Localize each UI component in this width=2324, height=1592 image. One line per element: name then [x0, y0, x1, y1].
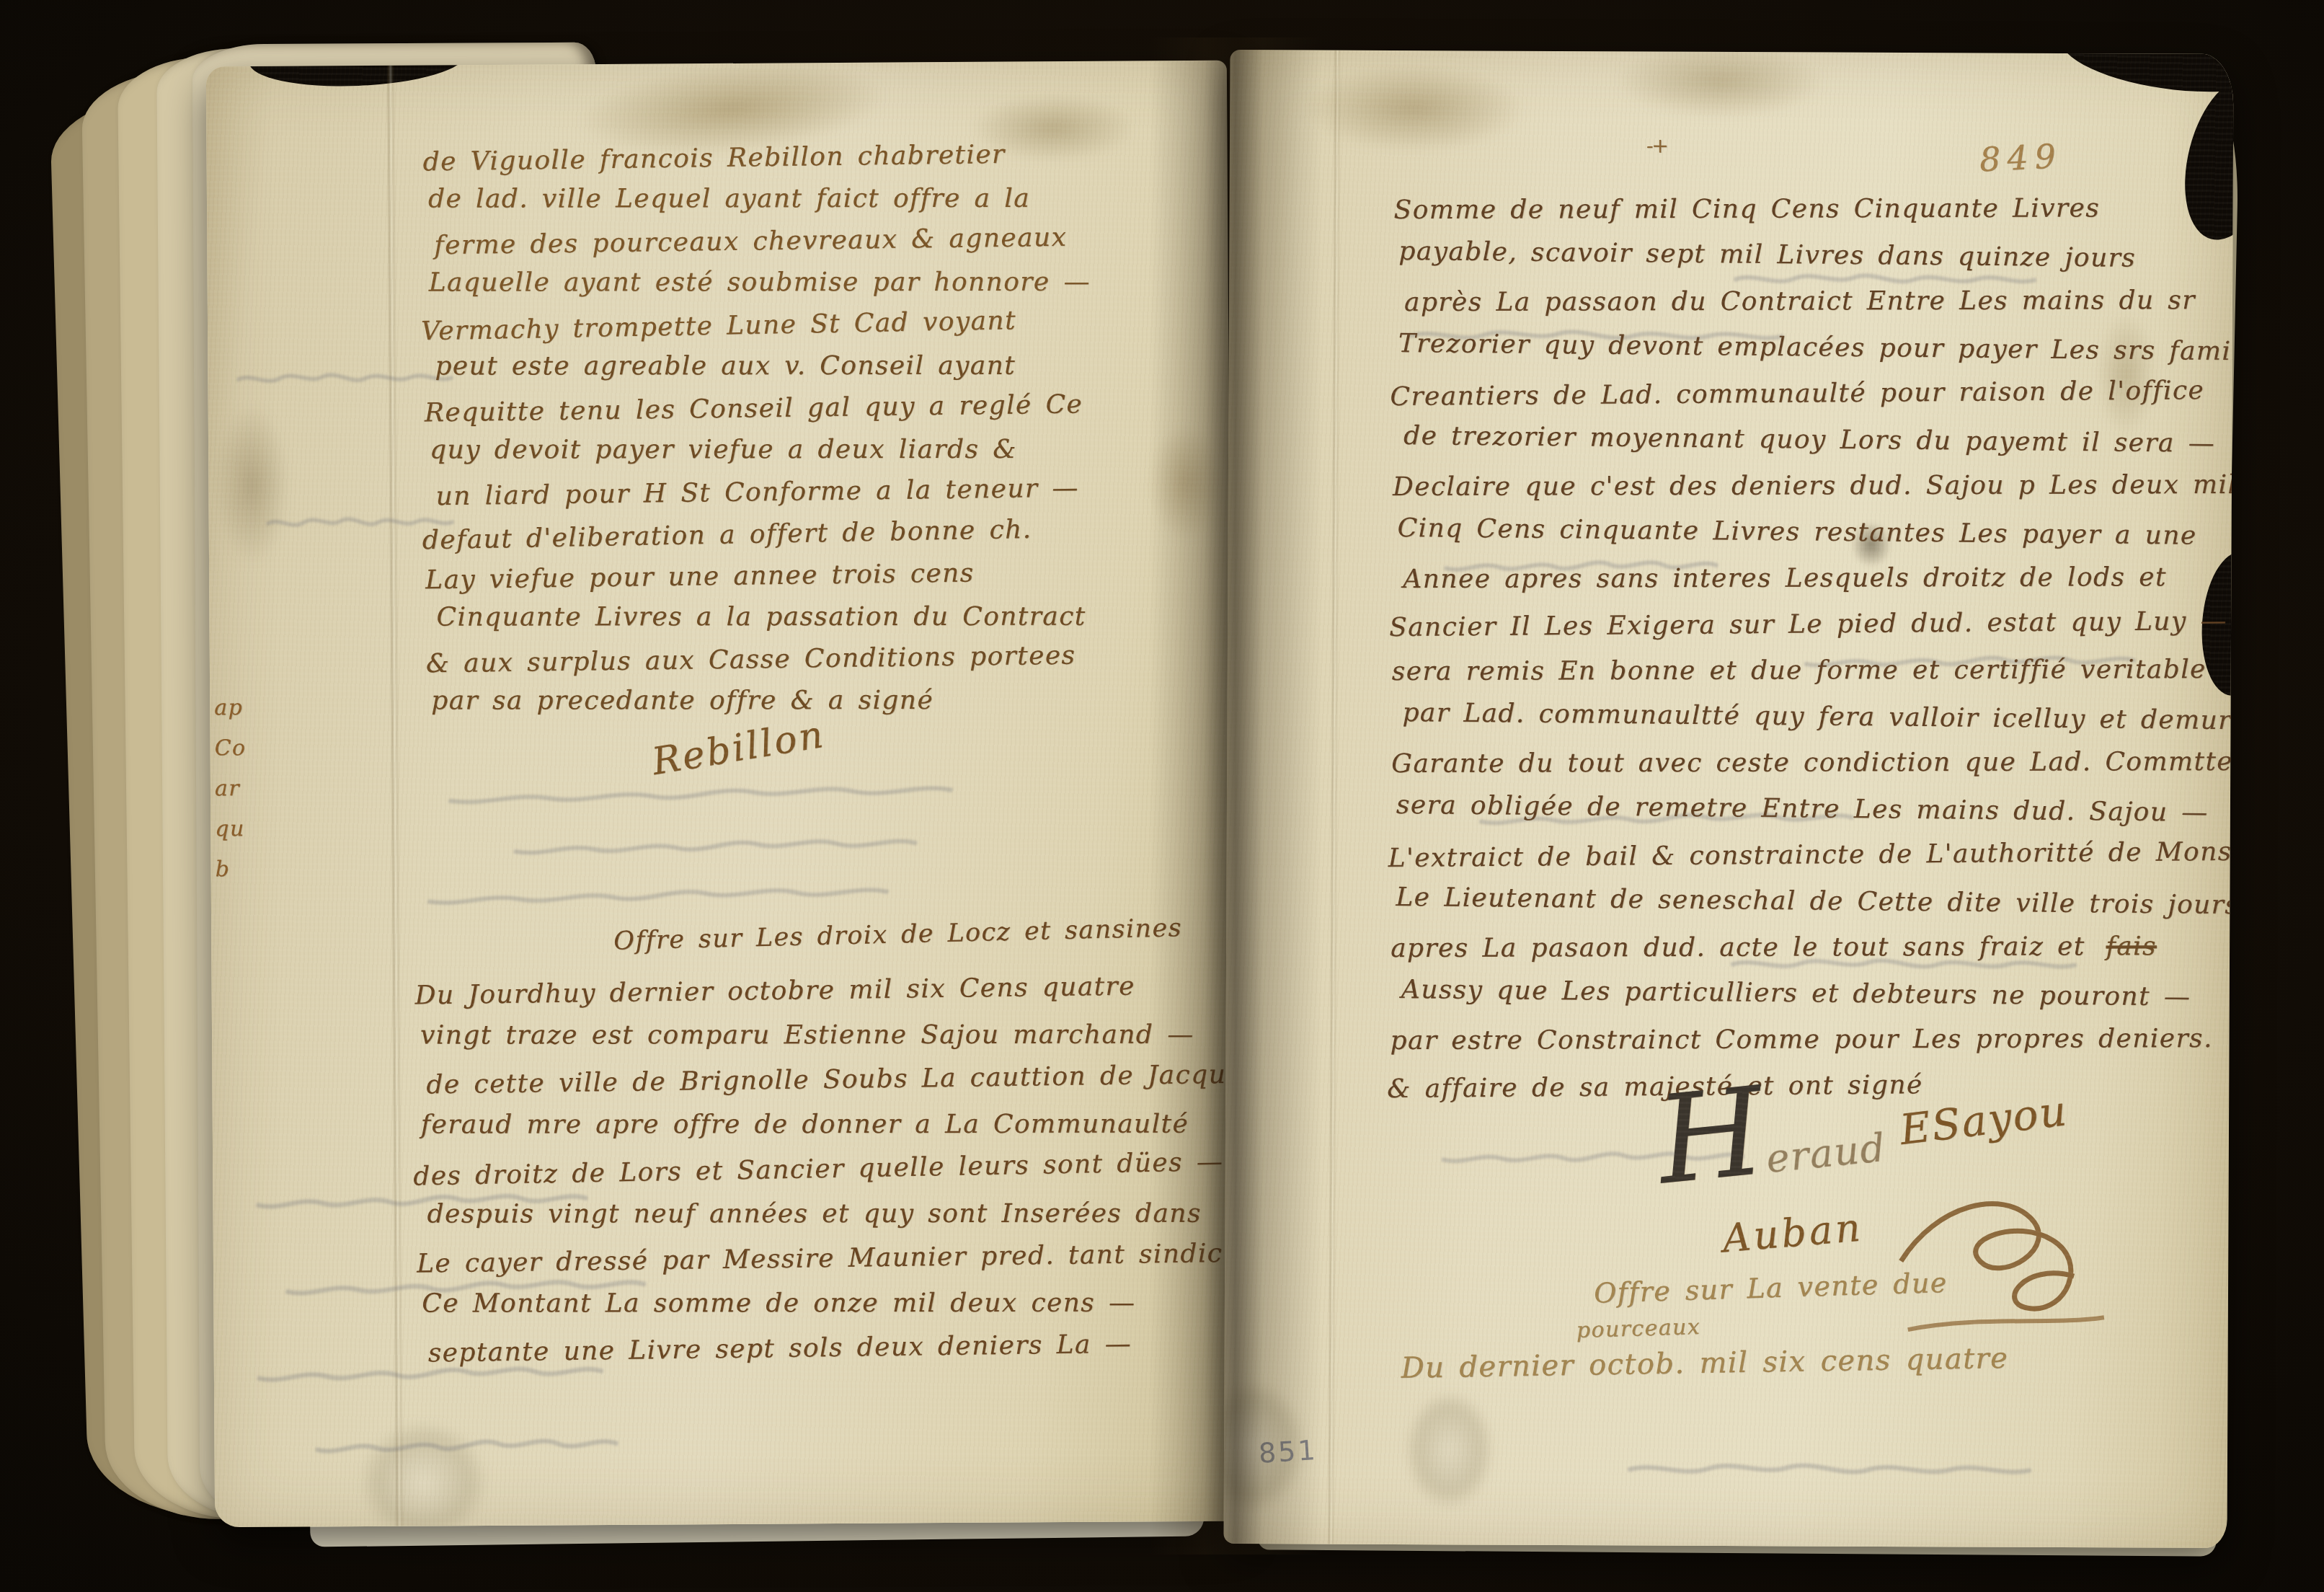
text-line: des droitz de Lors et Sancier quelle leu… [413, 1140, 1231, 1200]
signature-auban: Auban [1721, 1204, 1865, 1261]
text-line: de Viguolle francois Rebillon chabretier [422, 131, 1223, 184]
water-stain [206, 369, 307, 601]
show-through-ghost [427, 880, 889, 911]
photograph-backdrop: ap Co ar qu b de Viguolle francois Rebil… [0, 0, 2324, 1592]
page-fold-crease [386, 66, 404, 1526]
text-line: Garante du tout avec ceste condiction qu… [1391, 739, 2227, 787]
text-line: ferme des pourceaux chevreaux & agneaux [434, 215, 1224, 267]
text-line: quy devoit payer viefue a deux liards & [430, 429, 1225, 472]
text-line: Creantiers de Lad. communaulté pour rais… [1390, 368, 2229, 420]
docket-note-insert: pourceaux [1576, 1314, 1700, 1343]
text-line: de trezorier moyennant quoy Lors du paye… [1403, 413, 2230, 467]
page-fold-crease [1327, 50, 1341, 1544]
left-upper-act-text: de Viguolle francois Rebillon chabretier… [422, 134, 1226, 725]
right-act-text: Somme de neuf mil Cinq Cens Cinquante Li… [1390, 185, 2230, 1111]
water-stain [1404, 1390, 1495, 1510]
text-line: sera remis En bonne et due forme et cert… [1392, 647, 2228, 695]
text-line: Somme de neuf mil Cinq Cens Cinquante Li… [1393, 185, 2230, 234]
right-page: 849 -+ Somme de neuf mil Cinq Cens Cinqu… [1223, 50, 2233, 1548]
text-line: apres La pasaon dud. acte le tout sans f… [1391, 924, 2227, 972]
docket-note-line2: Du dernier octob. mil six cens quatre [1401, 1342, 2008, 1385]
folio-number-pencil: 851 [1258, 1434, 1318, 1469]
show-through-ghost [513, 831, 918, 861]
torn-edge-notch [2055, 50, 2233, 102]
text-line: Le cayer dressé par Messire Maunier pred… [417, 1231, 1232, 1287]
margin-fragment: b [215, 849, 247, 890]
text-line: par estre Constrainct Comme pour Les pro… [1390, 1016, 2226, 1064]
show-through-ghost [315, 1431, 618, 1460]
text-line: Laquelle ayant esté soubmise par honnore… [429, 262, 1224, 304]
left-lower-act-text: Du Jourdhuy dernier octobre mil six Cens… [414, 966, 1231, 1374]
signature-feraud-paraph: Heraud [1654, 1074, 1888, 1193]
text-line-part: apres La pasaon dud. acte le tout sans f… [1391, 932, 2085, 963]
text-line: par Lad. communaultté quy fera valloir i… [1402, 690, 2228, 744]
text-line: Le Lieutenant de seneschal de Cette dite… [1396, 875, 2227, 929]
margin-fragment: ar [215, 769, 247, 809]
folio-number-ink: 849 [1979, 136, 2063, 179]
text-line: après La passaon du Contraict Entre Les … [1404, 278, 2230, 326]
text-line: Requitte tenu les Conseil gal quy a regl… [424, 382, 1225, 435]
text-line: Sancier Il Les Exigera sur Le pied dud. … [1389, 598, 2228, 651]
show-through-ghost [236, 368, 453, 388]
struck-word: fais [2106, 932, 2156, 961]
text-line: par sa precedante offre & a signé [431, 680, 1226, 722]
text-line: L'extraict de bail & constraincte de L'a… [1388, 829, 2227, 882]
text-line: Ce Montant La somme de onze mil deux cen… [422, 1281, 1231, 1327]
water-stain [1259, 50, 1569, 170]
water-stain [1569, 50, 1872, 136]
margin-fragment: Co [214, 728, 246, 769]
show-through-ghost [1628, 1457, 2031, 1480]
water-stain [358, 1420, 489, 1527]
text-line: feraud mre apre offre de donner a La Com… [421, 1102, 1230, 1148]
signature-rebillon: Rebillon [649, 713, 828, 784]
text-line: Declaire que c'est des deniers dud. Sajo… [1393, 462, 2229, 510]
text-line: Aussy que Les particulliers et debteurs … [1401, 967, 2227, 1021]
left-page: ap Co ar qu b de Viguolle francois Rebil… [206, 61, 1236, 1528]
text-line: Trezorier quy devont emplacées pour paye… [1398, 321, 2230, 375]
text-line: Du Jourdhuy dernier octobre mil six Cens… [414, 963, 1230, 1019]
text-line: de cette ville de Brignolle Soubs La cau… [426, 1053, 1230, 1108]
text-line: Cinq Cens cinquante Livres restantes Les… [1397, 505, 2229, 560]
text-line: Vermachy trompette Lune St Cad voyant [421, 296, 1225, 353]
text-line: septante une Livre sept sols deux denier… [427, 1321, 1232, 1376]
text-line: peut este agreable aux v. Conseil ayant [435, 345, 1224, 388]
collation-cross-mark: -+ [1646, 133, 1667, 157]
margin-fragment: ap [214, 688, 246, 728]
margin-note-fragments: ap Co ar qu b [214, 688, 247, 890]
text-line: Annee apres sans interes Lesquels droitz… [1403, 554, 2228, 603]
text-line: de lad. ville Lequel ayant faict offre a… [428, 178, 1223, 221]
text-line: sera obligée de remetre Entre Les mains … [1396, 782, 2228, 836]
text-line: Cinquante Livres a la passation du Contr… [436, 596, 1225, 639]
text-line: & aux surplus aux Casse Conditions porte… [426, 633, 1227, 686]
margin-fragment: qu [215, 809, 247, 849]
text-line: despuis vingt neuf années et quy sont In… [427, 1192, 1231, 1237]
text-line: payable, scavoir sept mil Livres dans qu… [1398, 229, 2230, 283]
left-lower-act-heading: Offre sur Les droix de Locz et sansines [613, 914, 1183, 956]
text-line: vingt traze est comparu Estienne Sajou m… [420, 1013, 1230, 1058]
show-through-ghost [448, 779, 953, 810]
